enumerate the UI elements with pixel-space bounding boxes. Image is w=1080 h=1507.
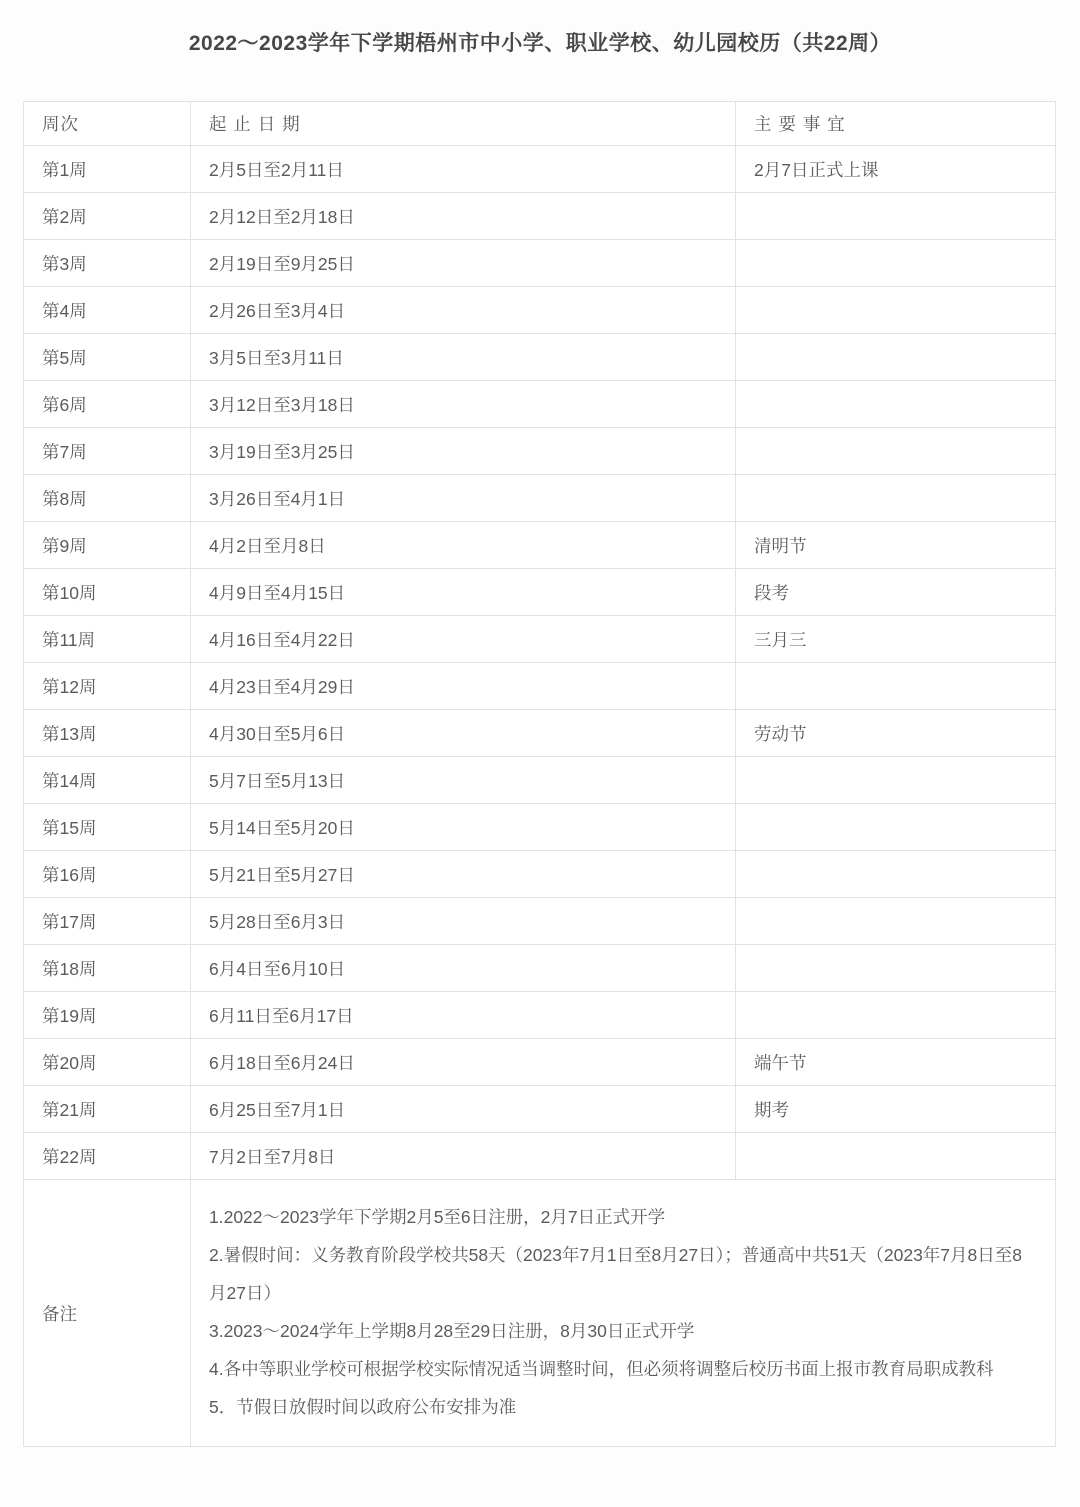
notes-label: 备注 (24, 1180, 191, 1447)
notes-cell: 1.2022～2023学年下学期2月5至6日注册，2月7日正式开学2.暑假时间：… (191, 1180, 1056, 1447)
week-cell: 第5周 (24, 334, 191, 381)
dates-cell: 5月28日至6月3日 (191, 898, 736, 945)
week-cell: 第2周 (24, 193, 191, 240)
dates-cell: 3月5日至3月11日 (191, 334, 736, 381)
event-cell (736, 663, 1056, 710)
week-cell: 第15周 (24, 804, 191, 851)
table-row: 第5周 3月5日至3月11日 (24, 334, 1056, 381)
dates-cell: 3月12日至3月18日 (191, 381, 736, 428)
notes-row: 备注 1.2022～2023学年下学期2月5至6日注册，2月7日正式开学2.暑假… (24, 1180, 1056, 1447)
note-line: 2.暑假时间：义务教育阶段学校共58天（2023年7月1日至8月27日）；普通高… (209, 1237, 1031, 1313)
table-row: 第2周 2月12日至2月18日 (24, 193, 1056, 240)
dates-cell: 6月11日至6月17日 (191, 992, 736, 1039)
header-week: 周次 (24, 102, 191, 146)
note-line: 3.2023～2024学年上学期8月28至29日注册，8月30日正式开学 (209, 1313, 1031, 1351)
event-cell (736, 240, 1056, 287)
event-cell: 2月7日正式上课 (736, 146, 1056, 193)
dates-cell: 6月18日至6月24日 (191, 1039, 736, 1086)
calendar-table-body: 第1周 2月5日至2月11日 2月7日正式上课 第2周 2月12日至2月18日 … (24, 146, 1056, 1180)
table-row: 第13周 4月30日至5月6日 劳动节 (24, 710, 1056, 757)
week-cell: 第4周 (24, 287, 191, 334)
table-row: 第7周 3月19日至3月25日 (24, 428, 1056, 475)
week-cell: 第19周 (24, 992, 191, 1039)
table-row: 第10周 4月9日至4月15日 段考 (24, 569, 1056, 616)
header-row: 周次 起 止 日 期 主 要 事 宜 (24, 102, 1056, 146)
event-cell (736, 287, 1056, 334)
table-row: 第18周 6月4日至6月10日 (24, 945, 1056, 992)
dates-cell: 2月5日至2月11日 (191, 146, 736, 193)
event-cell: 期考 (736, 1086, 1056, 1133)
event-cell (736, 804, 1056, 851)
dates-cell: 4月2日至月8日 (191, 522, 736, 569)
table-row: 第12周 4月23日至4月29日 (24, 663, 1056, 710)
event-cell: 三月三 (736, 616, 1056, 663)
event-cell: 清明节 (736, 522, 1056, 569)
week-cell: 第6周 (24, 381, 191, 428)
dates-cell: 7月2日至7月8日 (191, 1133, 736, 1180)
dates-cell: 5月21日至5月27日 (191, 851, 736, 898)
dates-cell: 4月30日至5月6日 (191, 710, 736, 757)
event-cell (736, 428, 1056, 475)
dates-cell: 4月16日至4月22日 (191, 616, 736, 663)
event-cell (736, 1133, 1056, 1180)
event-cell (736, 193, 1056, 240)
table-row: 第15周 5月14日至5月20日 (24, 804, 1056, 851)
table-row: 第3周 2月19日至9月25日 (24, 240, 1056, 287)
event-cell: 劳动节 (736, 710, 1056, 757)
table-row: 第22周 7月2日至7月8日 (24, 1133, 1056, 1180)
table-row: 第19周 6月11日至6月17日 (24, 992, 1056, 1039)
week-cell: 第10周 (24, 569, 191, 616)
dates-cell: 4月23日至4月29日 (191, 663, 736, 710)
week-cell: 第12周 (24, 663, 191, 710)
week-cell: 第11周 (24, 616, 191, 663)
table-row: 第16周 5月21日至5月27日 (24, 851, 1056, 898)
table-row: 第6周 3月12日至3月18日 (24, 381, 1056, 428)
table-row: 第11周 4月16日至4月22日 三月三 (24, 616, 1056, 663)
event-cell: 段考 (736, 569, 1056, 616)
week-cell: 第1周 (24, 146, 191, 193)
event-cell (736, 992, 1056, 1039)
dates-cell: 2月26日至3月4日 (191, 287, 736, 334)
dates-cell: 3月26日至4月1日 (191, 475, 736, 522)
note-line: 1.2022～2023学年下学期2月5至6日注册，2月7日正式开学 (209, 1199, 1031, 1237)
week-cell: 第17周 (24, 898, 191, 945)
week-cell: 第20周 (24, 1039, 191, 1086)
table-row: 第8周 3月26日至4月1日 (24, 475, 1056, 522)
dates-cell: 2月12日至2月18日 (191, 193, 736, 240)
dates-cell: 4月9日至4月15日 (191, 569, 736, 616)
event-cell (736, 334, 1056, 381)
week-cell: 第9周 (24, 522, 191, 569)
dates-cell: 3月19日至3月25日 (191, 428, 736, 475)
note-line: 5．节假日放假时间以政府公布安排为准 (209, 1389, 1031, 1427)
week-cell: 第8周 (24, 475, 191, 522)
table-row: 第4周 2月26日至3月4日 (24, 287, 1056, 334)
table-row: 第17周 5月28日至6月3日 (24, 898, 1056, 945)
note-line: 4.各中等职业学校可根据学校实际情况适当调整时间，但必须将调整后校历书面上报市教… (209, 1351, 1031, 1389)
event-cell (736, 475, 1056, 522)
event-cell (736, 757, 1056, 804)
week-cell: 第14周 (24, 757, 191, 804)
week-cell: 第18周 (24, 945, 191, 992)
header-dates: 起 止 日 期 (191, 102, 736, 146)
week-cell: 第21周 (24, 1086, 191, 1133)
event-cell: 端午节 (736, 1039, 1056, 1086)
table-row: 第14周 5月7日至5月13日 (24, 757, 1056, 804)
week-cell: 第7周 (24, 428, 191, 475)
dates-cell: 6月4日至6月10日 (191, 945, 736, 992)
page-title: 2022～2023学年下学期梧州市中小学、职业学校、幼儿园校历（共22周） (0, 0, 1080, 57)
event-cell (736, 945, 1056, 992)
week-cell: 第22周 (24, 1133, 191, 1180)
event-cell (736, 898, 1056, 945)
event-cell (736, 381, 1056, 428)
header-events: 主 要 事 宜 (736, 102, 1056, 146)
event-cell (736, 851, 1056, 898)
table-row: 第9周 4月2日至月8日 清明节 (24, 522, 1056, 569)
table-row: 第20周 6月18日至6月24日 端午节 (24, 1039, 1056, 1086)
dates-cell: 5月7日至5月13日 (191, 757, 736, 804)
table-row: 第21周 6月25日至7月1日 期考 (24, 1086, 1056, 1133)
school-calendar-table: 周次 起 止 日 期 主 要 事 宜 第1周 2月5日至2月11日 2月7日正式… (23, 101, 1056, 1447)
week-cell: 第3周 (24, 240, 191, 287)
week-cell: 第13周 (24, 710, 191, 757)
dates-cell: 2月19日至9月25日 (191, 240, 736, 287)
dates-cell: 5月14日至5月20日 (191, 804, 736, 851)
dates-cell: 6月25日至7月1日 (191, 1086, 736, 1133)
table-row: 第1周 2月5日至2月11日 2月7日正式上课 (24, 146, 1056, 193)
week-cell: 第16周 (24, 851, 191, 898)
